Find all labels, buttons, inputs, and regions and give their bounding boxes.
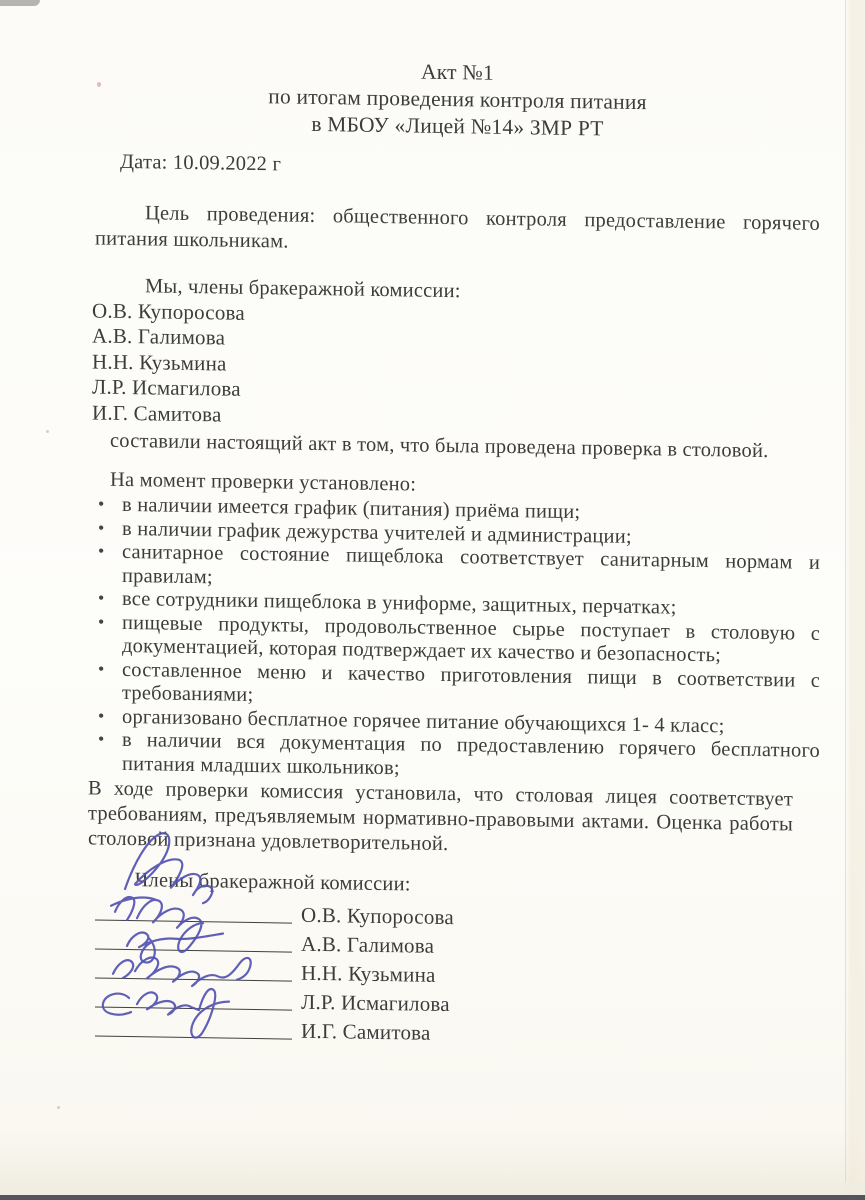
scan-pink-speck xyxy=(97,82,101,87)
signature-name: Л.Р. Исмагилова xyxy=(301,990,450,1017)
signature-name: Н.Н. Кузьмина xyxy=(301,961,436,988)
signatures-heading: Члены бракеражной комиссии: xyxy=(95,867,820,902)
scanned-document-page: Акт №1 по итогам проведения контроля пит… xyxy=(0,0,865,1200)
document-title-block: Акт №1 по итогам проведения контроля пит… xyxy=(95,53,820,145)
signature-name: И.Г. Самитова xyxy=(301,1019,431,1046)
signature-ruled-line xyxy=(95,1006,292,1010)
scan-speck xyxy=(46,430,49,433)
conclusion-paragraph: В ходе проверки комиссия установила, что… xyxy=(88,776,793,862)
bullet-icon: • xyxy=(98,704,105,728)
scan-bottom-cream-band xyxy=(0,1182,865,1195)
signatures-section: Члены бракеражной комиссии: О.В. Купорос… xyxy=(95,867,820,1053)
bullet-icon: • xyxy=(98,493,105,517)
signature-ruled-line xyxy=(95,1035,292,1039)
bullet-icon: • xyxy=(98,610,105,634)
document-content: Акт №1 по итогам проведения контроля пит… xyxy=(0,0,865,864)
bullet-icon: • xyxy=(98,728,105,752)
bullet-icon: • xyxy=(98,540,105,564)
findings-list: •в наличии имеется график (питания) приё… xyxy=(95,493,820,786)
signature-name: А.В. Галимова xyxy=(301,932,434,959)
scan-speck xyxy=(57,1106,60,1109)
signature-ruled-line xyxy=(95,977,292,981)
scan-top-left-smudge xyxy=(0,0,40,6)
signature-ruled-line xyxy=(95,948,292,952)
commission-members-list: О.В. Купоросова А.В. Галимова Н.Н. Кузьм… xyxy=(92,298,820,437)
scan-right-edge-seam xyxy=(845,0,846,1200)
signature-name: О.В. Купоросова xyxy=(301,903,454,930)
scan-bottom-dark-strip xyxy=(0,1195,865,1200)
bullet-icon: • xyxy=(98,516,105,540)
signature-rows: О.В. Купоросова А.В. Галимова Н.Н. Кузьм… xyxy=(95,897,820,1053)
bullet-icon: • xyxy=(98,587,105,611)
date-line: Дата: 10.09.2022 г xyxy=(95,148,820,186)
bullet-icon: • xyxy=(98,657,105,681)
purpose-paragraph: Цель проведения: общественного контроля … xyxy=(95,199,820,262)
scan-right-edge-shade xyxy=(845,0,865,1200)
signature-ruled-line xyxy=(95,919,292,923)
